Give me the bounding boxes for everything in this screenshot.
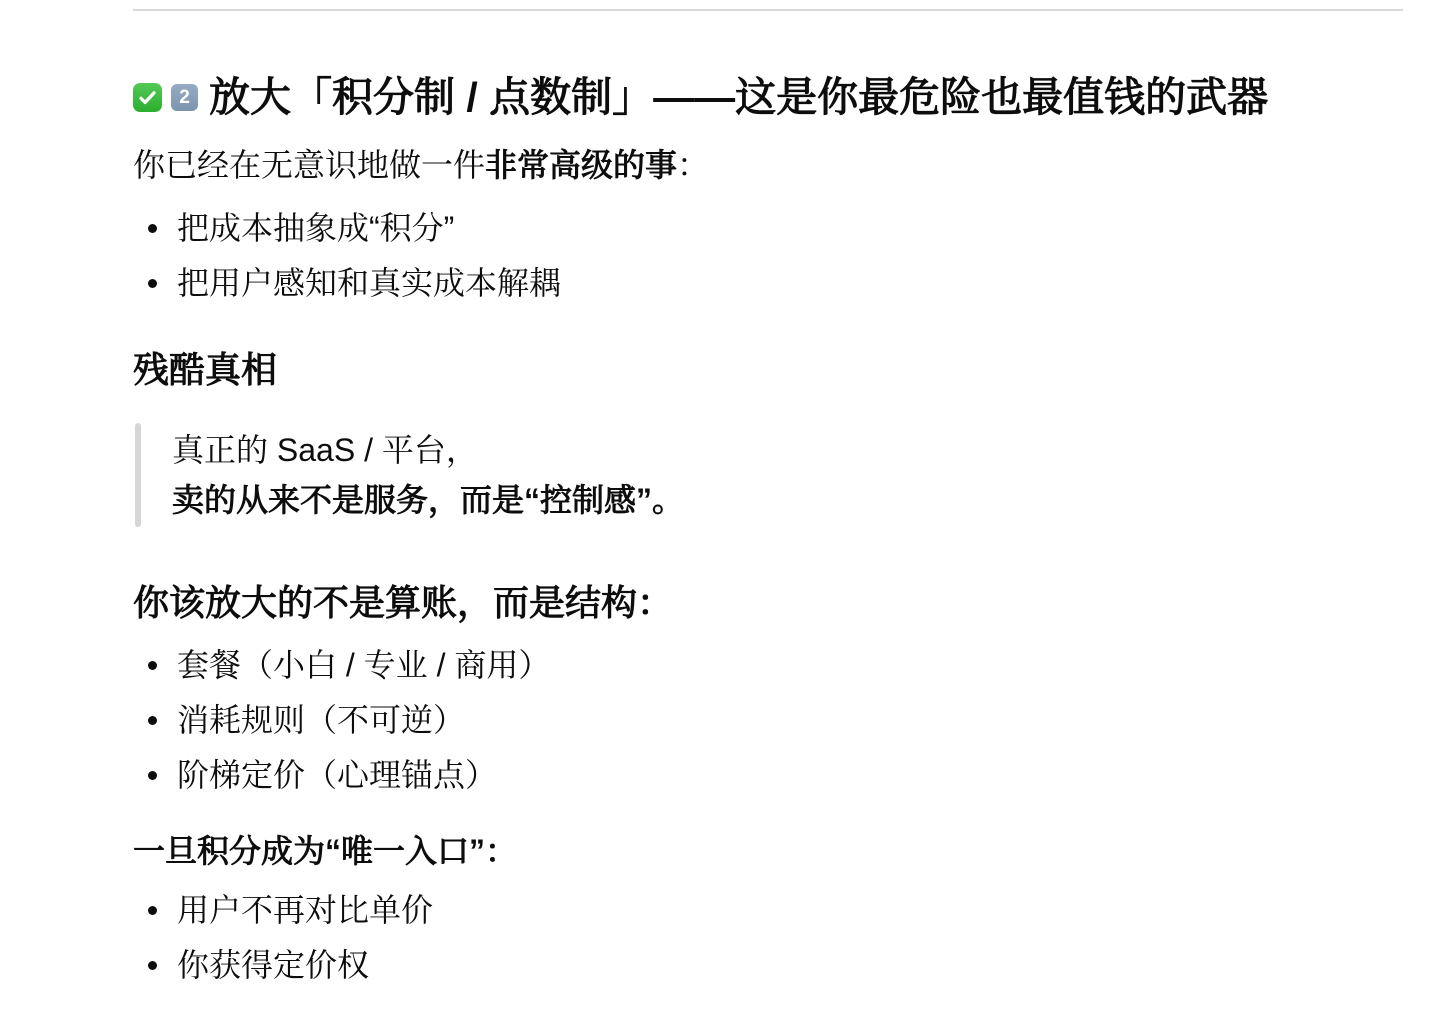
list-item: 把用户感知和真实成本解耦 [133, 256, 1403, 311]
quote-line-1: 真正的 SaaS / 平台， [172, 425, 1403, 475]
intro-paragraph: 你已经在无意识地做一件非常高级的事： [133, 139, 1403, 191]
structure-list: 套餐（小白 / 专业 / 商用） 消耗规则（不可逆） 阶梯定价（心理锚点） [133, 638, 1403, 803]
keycap-digit: 2 [179, 73, 190, 122]
list-item: 套餐（小白 / 专业 / 商用） [133, 638, 1403, 693]
document-content: 2 放大「积分制 / 点数制」——这是你最危险也最值钱的武器 你已经在无意识地做… [133, 9, 1403, 993]
intro-normal: 你已经在无意识地做一件 [133, 147, 485, 183]
quote-line-2: 卖的从来不是服务，而是“控制感”。 [172, 475, 1403, 525]
check-mark-emoji [133, 83, 162, 112]
horizontal-rule [133, 9, 1403, 11]
truth-heading: 残酷真相 [133, 348, 1403, 391]
entry-lead-paragraph: 一旦积分成为“唯一入口”： [133, 825, 1403, 877]
list-item: 用户不再对比单价 [133, 883, 1403, 938]
list-item: 阶梯定价（心理锚点） [133, 748, 1403, 803]
entry-list: 用户不再对比单价 你获得定价权 [133, 883, 1403, 993]
section-heading: 2 放大「积分制 / 点数制」——这是你最危险也最值钱的武器 [133, 73, 1403, 122]
blockquote: 真正的 SaaS / 平台， 卖的从来不是服务，而是“控制感”。 [133, 423, 1403, 527]
section-heading-text: 放大「积分制 / 点数制」——这是你最危险也最值钱的武器 [209, 73, 1268, 122]
intro-bold: 非常高级的事 [485, 147, 677, 183]
structure-heading: 你该放大的不是算账，而是结构： [133, 581, 1403, 624]
intro-list: 把成本抽象成“积分” 把用户感知和真实成本解耦 [133, 201, 1403, 311]
list-item: 消耗规则（不可逆） [133, 693, 1403, 748]
keycap-2-emoji: 2 [171, 84, 198, 111]
check-mark-icon [136, 86, 159, 109]
list-item: 把成本抽象成“积分” [133, 201, 1403, 256]
intro-tail: ： [677, 147, 709, 183]
list-item: 你获得定价权 [133, 938, 1403, 993]
